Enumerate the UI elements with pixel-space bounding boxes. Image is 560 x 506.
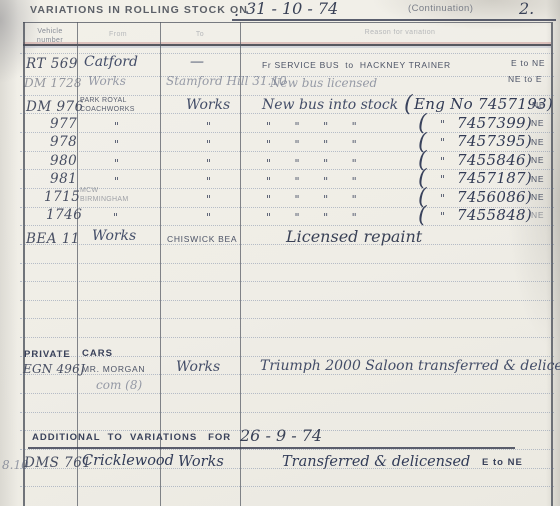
- dm978-engine-no: 7457395): [457, 134, 532, 149]
- ruled-line: [20, 300, 554, 301]
- dm1715-reason-dittos: " " " ": [266, 194, 357, 205]
- dm981-engine-no: 7457187): [457, 171, 532, 186]
- dm976-to: Works: [186, 98, 230, 113]
- table-top-border: [23, 22, 551, 23]
- dm976-from-line1: PARK ROYAL: [80, 97, 127, 105]
- ruled-line: [20, 281, 554, 282]
- table-header-separator: [23, 44, 551, 46]
- dm977-status: NE: [531, 118, 544, 128]
- ruled-line: [20, 263, 554, 264]
- dm976-number: DM 976: [26, 101, 84, 115]
- dm980-to-ditto: ": [206, 158, 211, 169]
- egn496j-to: Works: [176, 360, 220, 375]
- variation-date: 31 - 10 - 74: [246, 0, 338, 18]
- dm977-eng-ditto: ": [440, 119, 445, 130]
- egn496j-reason: Triumph 2000 Saloon transferred & delice…: [260, 359, 560, 374]
- rt569-to-dash: —: [190, 55, 204, 70]
- dm1746-eng-ditto: ": [440, 211, 445, 222]
- col-header-vehicle-line2: number: [26, 36, 74, 45]
- private-cars-label-2: CARS: [82, 348, 113, 359]
- private-cars-label-1: PRIVATE: [24, 349, 71, 360]
- dm977-engine-no: 7457399): [457, 116, 532, 131]
- bea11-to: CHISWICK BEA: [167, 234, 237, 244]
- dms761-to: Works: [178, 455, 224, 471]
- dm981-status: NE: [531, 174, 544, 184]
- col-header-from: From: [90, 30, 146, 39]
- egn496j-number: EGN 496J: [23, 363, 85, 375]
- dm981-number: 981: [50, 173, 77, 187]
- dm1715-eng-ditto: ": [440, 193, 445, 204]
- egn496j-note: com (8): [96, 379, 142, 392]
- dm1746-eng-brace: (: [418, 205, 427, 227]
- dm981-eng-ditto: ": [440, 174, 445, 185]
- rt569-number: RT 569: [26, 58, 78, 72]
- col-header-to: To: [172, 30, 228, 39]
- title-underline: [232, 19, 556, 21]
- ruled-line: [20, 318, 554, 319]
- bea11-from: Works: [92, 229, 136, 244]
- dm1728-from: Works: [88, 75, 126, 88]
- dm981-to-ditto: ": [206, 176, 211, 187]
- dm1715-from-line2: BIRMINGHAM: [80, 196, 129, 204]
- dm977-reason-dittos: " " " ": [266, 121, 357, 132]
- dm1728-to: Stamford Hill 31.10: [166, 75, 287, 88]
- ruled-line: [20, 449, 554, 450]
- dm978-reason-dittos: " " " ": [266, 139, 357, 150]
- dm1715-number: 1715: [44, 191, 80, 205]
- bea11-reason: Licensed repaint: [286, 228, 422, 246]
- col-header-vehicle-line1: Vehicle: [26, 27, 74, 36]
- form-title: VARIATIONS IN ROLLING STOCK ON: [30, 5, 248, 16]
- dm1728-status: NE to E: [508, 74, 542, 84]
- ruled-line: [20, 486, 554, 487]
- ruled-line: [20, 393, 554, 394]
- dm1728-reason: New bus licensed: [270, 77, 377, 90]
- rt569-from: Catford: [84, 55, 138, 70]
- rt569-status: E to NE: [511, 58, 545, 68]
- dm1715-from-line1: MCW: [80, 187, 98, 195]
- page-number: 2.: [519, 0, 534, 18]
- egn496j-from: MR. MORGAN: [82, 364, 145, 374]
- dm977-to-ditto: ": [206, 121, 211, 132]
- dm978-from-ditto: ": [114, 139, 119, 150]
- ruled-line: [20, 337, 554, 338]
- additional-section-label: ADDITIONAL TO VARIATIONS FOR: [32, 432, 231, 443]
- dm976-status: NE: [532, 100, 545, 110]
- dm1715-to-ditto: ": [206, 194, 211, 205]
- dm1746-to-ditto: ": [206, 212, 211, 223]
- dms761-reason: Transferred & delicensed: [282, 455, 470, 471]
- dm1746-status: NE: [531, 210, 544, 220]
- dm981-reason-dittos: " " " ": [266, 176, 357, 187]
- dm976-eng-brace: (: [404, 94, 413, 116]
- dm1715-status: NE: [531, 192, 544, 202]
- dm980-eng-ditto: ": [440, 156, 445, 167]
- scanned-document: VARIATIONS IN ROLLING STOCK ON.31 - 10 -…: [0, 0, 560, 506]
- dm980-from-ditto: ": [114, 158, 119, 169]
- bea11-number: BEA 11: [26, 233, 80, 247]
- dm1715-engine-no: 7456086): [457, 190, 532, 205]
- additional-section-date: 26 - 9 - 74: [240, 427, 322, 445]
- continuation-label: (Continuation): [408, 4, 473, 14]
- dm980-status: NE: [531, 155, 544, 165]
- dm980-number: 980: [50, 155, 77, 169]
- dm1728-number: DM 1728: [24, 77, 82, 89]
- dm1746-from-ditto: ": [113, 212, 118, 223]
- dms761-from: Cricklewood: [82, 454, 174, 470]
- dm976-reason: New bus into stock: [262, 98, 398, 113]
- dm978-to-ditto: ": [206, 139, 211, 150]
- ruled-line: [20, 412, 554, 413]
- dm978-status: NE: [531, 137, 544, 147]
- dm980-engine-no: 7455846): [457, 153, 532, 168]
- ruled-line: [20, 374, 554, 375]
- dm1746-engine-no: 7455848): [457, 208, 532, 223]
- dm1746-number: 1746: [46, 209, 82, 223]
- dm978-number: 978: [50, 136, 77, 150]
- dm978-eng-ditto: ": [440, 137, 445, 148]
- dm977-number: 977: [50, 118, 77, 132]
- col-header-reason: Reason for variation: [300, 28, 500, 37]
- rt569-reason: Fr SERVICE BUS to HACKNEY TRAINER: [262, 60, 451, 70]
- dm981-from-ditto: ": [114, 176, 119, 187]
- dm977-from-ditto: ": [114, 121, 119, 132]
- dm976-from-line2: COACHWORKS: [80, 106, 135, 114]
- dm980-reason-dittos: " " " ": [266, 158, 357, 169]
- dms761-status: E to NE: [482, 457, 523, 468]
- title-dot: .: [234, 2, 239, 20]
- dm1746-reason-dittos: " " " ": [266, 212, 357, 223]
